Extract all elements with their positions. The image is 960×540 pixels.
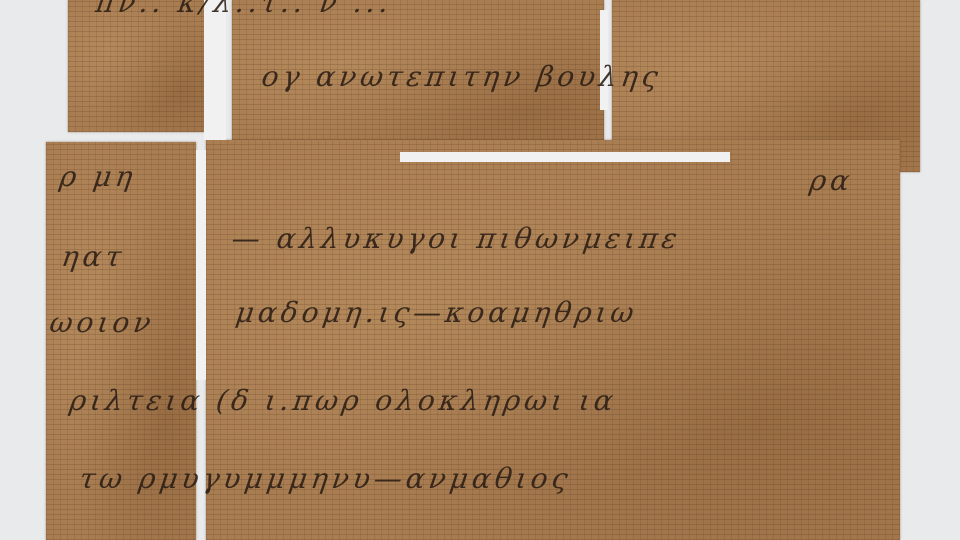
text-line-6: ριλτεια (δ ι.πωρ ολοκληρωι ια [68,384,620,417]
text-line-3-right: ρα [808,164,856,197]
text-line-2: ογ ανωτεπιτην βουλης [260,60,664,93]
text-line-1: πν.. κ/λ..τ.. ν ... [94,0,395,19]
text-line-5: μαδομη.ις—κοαμηθριω [234,296,640,329]
text-line-7: τω ρμυγυμμμηνυ—ανμαθιος [78,462,574,495]
crack-vertical-lower [196,150,206,380]
crack-horizontal [400,152,730,162]
text-line-5-left: ωοιον [48,306,157,339]
crack-vertical [204,0,226,140]
papyrus-fragment-top-left [68,0,208,132]
text-line-4: — αλλυκυγοι πιθωνμειπε [230,222,684,255]
text-line-4-left: ηατ [60,240,128,273]
text-line-3-left: ρ μη [58,160,139,193]
